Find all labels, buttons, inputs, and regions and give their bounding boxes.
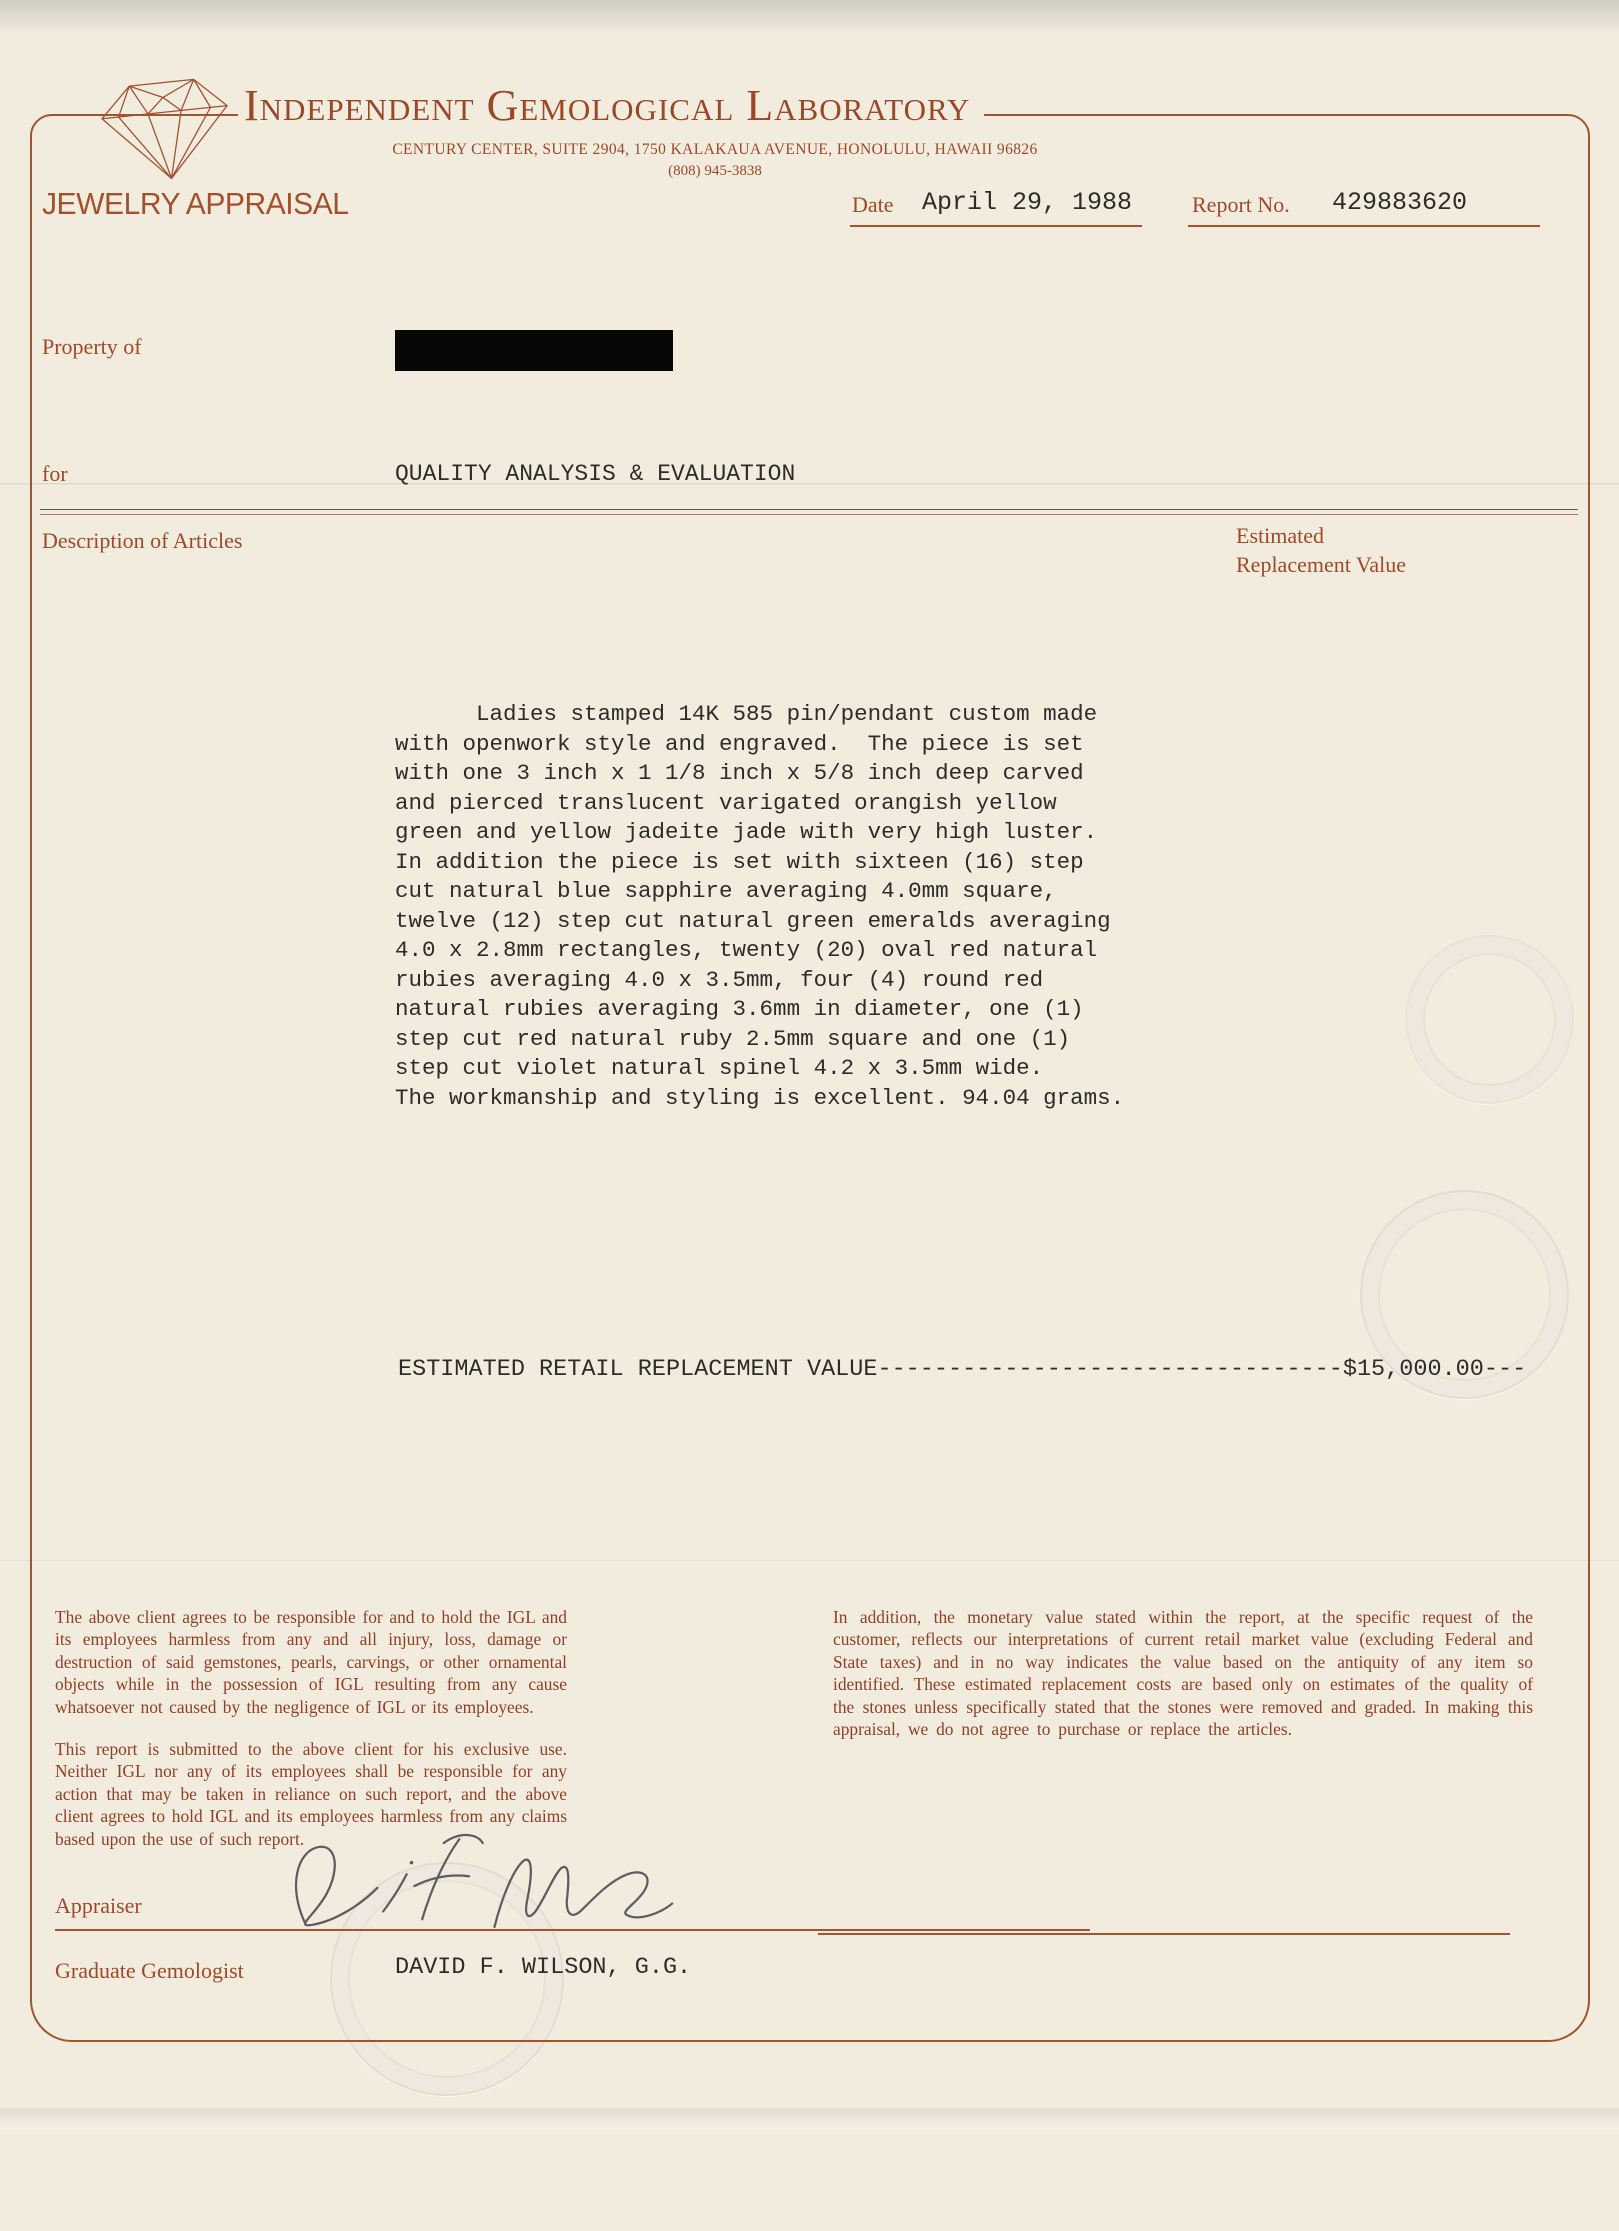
value-column-header-line2: Replacement Value: [1236, 552, 1406, 578]
organization-name: Independent Gemological Laboratory: [238, 80, 984, 132]
diamond-logo-icon: [86, 55, 247, 198]
value-column-header-line1: Estimated: [1236, 523, 1324, 549]
property-of-label: Property of: [42, 334, 142, 360]
for-label: for: [42, 461, 68, 487]
description-line: step cut violet natural spinel 4.2 x 3.5…: [395, 1054, 1124, 1084]
organization-address: CENTURY CENTER, SUITE 2904, 1750 KALAKAU…: [300, 141, 1130, 159]
redacted-client-name: [395, 330, 673, 371]
report-number-label: Report No.: [1192, 192, 1290, 218]
report-number-value: 429883620: [1332, 188, 1467, 217]
description-line: with one 3 inch x 1 1/8 inch x 5/8 inch …: [395, 759, 1124, 789]
description-line: twelve (12) step cut natural green emera…: [395, 907, 1124, 937]
article-description: Ladies stamped 14K 585 pin/pendant custo…: [395, 700, 1124, 1113]
section-divider-rule: [40, 509, 1578, 515]
appraiser-label: Appraiser: [55, 1893, 142, 1919]
replacement-value-line: ESTIMATED RETAIL REPLACEMENT VALUE------…: [398, 1356, 1526, 1383]
description-line: 4.0 x 2.8mm rectangles, twenty (20) oval…: [395, 936, 1124, 966]
description-line: natural rubies averaging 3.6mm in diamet…: [395, 995, 1124, 1025]
description-line: In addition the piece is set with sixtee…: [395, 848, 1124, 878]
description-line: with openwork style and engraved. The pi…: [395, 730, 1124, 760]
appraisal-document: Independent Gemological Laboratory CENTU…: [0, 0, 1619, 2231]
legal-paragraph: In addition, the monetary value stated w…: [833, 1606, 1533, 1740]
description-line: step cut red natural ruby 2.5mm square a…: [395, 1025, 1124, 1055]
description-line: The workmanship and styling is excellent…: [395, 1084, 1124, 1114]
handwritten-signature: [268, 1816, 678, 1956]
description-line: cut natural blue sapphire averaging 4.0m…: [395, 877, 1124, 907]
description-column-header: Description of Articles: [42, 528, 242, 554]
document-title: JEWELRY APPRAISAL: [42, 186, 349, 222]
date-value: April 29, 1988: [922, 188, 1132, 217]
credential-label: Graduate Gemologist: [55, 1958, 244, 1984]
paper-fold-crease: [0, 2108, 1619, 2130]
scan-edge-shadow: [0, 0, 1619, 34]
appraiser-typed-name: DAVID F. WILSON, G.G.: [395, 1954, 691, 1981]
legal-paragraph: The above client agrees to be responsibl…: [55, 1606, 567, 1718]
date-label: Date: [852, 192, 894, 218]
organization-phone: (808) 945-3838: [300, 163, 1130, 180]
report-number-underline: [1188, 225, 1540, 227]
description-line: green and yellow jadeite jade with very …: [395, 818, 1124, 848]
description-line: rubies averaging 4.0 x 3.5mm, four (4) r…: [395, 966, 1124, 996]
date-underline: [850, 225, 1142, 227]
blank-signature-line: [818, 1933, 1510, 1935]
description-line: and pierced translucent varigated orangi…: [395, 789, 1124, 819]
description-line: Ladies stamped 14K 585 pin/pendant custo…: [395, 700, 1124, 730]
legal-text-right-column: In addition, the monetary value stated w…: [833, 1606, 1533, 1760]
for-value: QUALITY ANALYSIS & EVALUATION: [395, 461, 795, 487]
